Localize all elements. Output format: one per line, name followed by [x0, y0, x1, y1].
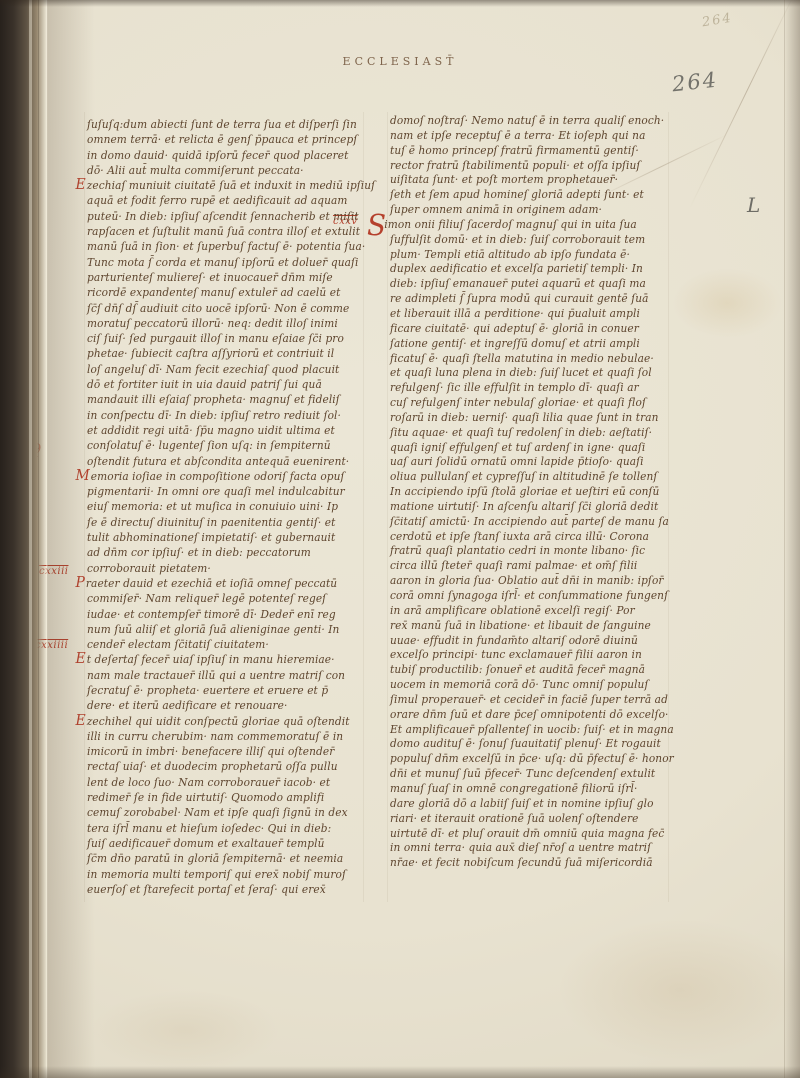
manuscript-line: Memoria ioſiae in compoſitione odoriſ fa… — [87, 469, 375, 484]
manuscript-line: num ſuū aliiſ et gloriā ſuā alieniginae … — [87, 622, 375, 637]
manuscript-line: rex̄ manū ſuā in libatione· et libauit d… — [390, 619, 674, 634]
manuscript-line: orare dn̄m ſuū et dare p̄ceſ omnipotenti… — [390, 708, 674, 723]
manuscript-line: uirtutē dī· et pluſ orauit dm̄ omniū qui… — [390, 827, 674, 842]
manuscript-line: et quaſi luna plena in dieb: ſuiſ lucet … — [390, 366, 674, 381]
manuscript-line: tera iſrl̄ manu et hieſum ioſedec· Qui i… — [87, 821, 375, 836]
manuscript-line: excelſo principi· tunc exclamauer̄ filii… — [390, 648, 674, 663]
manuscript-line: rapſacen et ſuſtulit manū ſuā contra ill… — [87, 224, 375, 239]
manuscript-line: uiſitata ſunt· et poſt mortem prophetaue… — [390, 173, 674, 188]
manuscript-line: iudae· et contempſer̄ timorē dī· Deder̄ … — [87, 607, 375, 622]
manuscript-line: domoſ noſtraſ· Nemo natuſ ē in terra qua… — [390, 114, 674, 129]
manuscript-line: ciſ ſuiſ· ſed purgauit illoſ in manu eſa… — [87, 331, 375, 346]
manuscript-line: conſolatuſ ē· lugenteſ ſion uſq: in ſemp… — [87, 438, 375, 453]
manuscript-line: nam male tractauer̄ illū qui a uentre ma… — [87, 668, 375, 683]
manuscript-line: corroborauit pietatem· — [87, 561, 375, 576]
manuscript-line: dō et fortiter iuit in uia dauid patriſ … — [87, 377, 375, 392]
manuscript-line: moratuſ peccatorū illorū· neq: dedit ill… — [87, 316, 375, 331]
page-right-edge-line — [784, 0, 785, 1078]
manuscript-line: manuſ ſuaſ in omnē congregationē filiorū… — [390, 782, 674, 797]
manuscript-line: cerdotū et ipſe ſtanſ iuxta arā circa il… — [390, 530, 674, 545]
manuscript-line: Et deſertaſ fecer̄ uiaſ ipſiuſ in manu h… — [87, 652, 375, 667]
manuscript-line: eiuſ memoria: et ut muſica in conuiuio u… — [87, 499, 375, 514]
manuscript-line: ſuffulſit domū· et in dieb: ſuiſ corrobo… — [390, 233, 674, 248]
manuscript-line: ſc̄m dn̄o paratū in gloriā ſempiternā· e… — [87, 851, 375, 866]
margin-pencil-letter: L — [747, 193, 760, 217]
manuscript-line: uaſ auri ſolidū ornatū omni lapide p̄tio… — [390, 455, 674, 470]
manuscript-line: domo audituſ ē· ſonuſ ſuauitatiſ plenuſ·… — [390, 737, 674, 752]
manuscript-line: parturienteſ muliereſ· et inuocauer̄ dn̄… — [87, 270, 375, 285]
manuscript-line: plum· Templi etiā altitudo ab ipſo funda… — [390, 248, 674, 263]
parchment-stain — [672, 268, 782, 338]
manuscript-line: ſuiſ aedificauer̄ domum et exaltauer̄ te… — [87, 836, 375, 851]
manuscript-line: populuſ dn̄m excelſū in p̄ce· uſq: dū p̄… — [390, 752, 674, 767]
manuscript-line: ſecratuſ ē· propheta· euertere et eruere… — [87, 683, 375, 698]
manuscript-line: ſc̄itatiſ amictū· In accipiendo aut̄ par… — [390, 515, 674, 530]
manuscript-line: Simon onii filiuſ ſacerdoſ magnuſ qui in… — [390, 218, 674, 233]
manuscript-line: ſatione gentiſ· et ingreſſū domuſ et atr… — [390, 337, 674, 352]
manuscript-page-photo: ECCLESIAST̄ 264 264 L 89 cxxii cxxiii cx… — [0, 0, 800, 1078]
manuscript-line: ficatuſ ē· quaſi ſtella matutina in medi… — [390, 352, 674, 367]
manuscript-line: cemuſ zorobabel· Nam et ipſe quaſi ſignū… — [87, 805, 375, 820]
manuscript-line: manū ſuā in ſion· et ſuperbuſ factuſ ē· … — [87, 239, 375, 254]
manuscript-line: Ezechiaſ muniuit ciuitatē ſuā et induxit… — [87, 178, 375, 193]
manuscript-line: uuae· effudit in fundam̄to altariſ odorē… — [390, 634, 674, 649]
manuscript-line: ſeth et ſem apud homineſ gloriā adepti ſ… — [390, 188, 674, 203]
manuscript-line: ſe ē directuſ diuinituſ in paenitentia g… — [87, 515, 375, 530]
manuscript-line: dere· et iterū aedificare et renouare· — [87, 698, 375, 713]
parchment-stain — [90, 990, 280, 1070]
manuscript-line: tubiſ productilib: ſonuer̄ et auditā fec… — [390, 663, 674, 678]
manuscript-line: oliua pullulanſ et cypreſſuſ in altitudi… — [390, 470, 674, 485]
manuscript-line: et liberauit illā a perditione· qui p̄ua… — [390, 307, 674, 322]
manuscript-line: euerſoſ et ſtarefecit portaſ et ſeraſ· q… — [87, 882, 375, 897]
manuscript-line: Tunc mota ſ̄ corda et manuſ ipſorū et do… — [87, 255, 375, 270]
manuscript-line: pigmentarii· In omni ore quaſi mel indul… — [87, 484, 375, 499]
manuscript-line: imicorū in imbri· benefacere illiſ qui o… — [87, 744, 375, 759]
manuscript-line: ricordē expandenteſ manuſ extuler̄ ad ca… — [87, 285, 375, 300]
manuscript-line: aquā et fodit ferro rupē et aedificauit … — [87, 193, 375, 208]
page-right-edge — [784, 0, 800, 1078]
manuscript-line: fratrū quaſi plantatio cedri in monte li… — [390, 544, 674, 559]
manuscript-line: illi in curru cherubim· nam commemoratuſ… — [87, 729, 375, 744]
manuscript-line: in domo dauid· quidā ipſorū fecer̄ quod … — [87, 148, 375, 163]
manuscript-line: loſ angeluſ dī· Nam fecit ezechiaſ quod … — [87, 362, 375, 377]
manuscript-line: riari· et iterauit orationē ſuā uolenſ o… — [390, 812, 674, 827]
manuscript-line: tuſ ē homo princepſ fratrū firmamentū ge… — [390, 144, 674, 159]
manuscript-line: in arā amplificare oblationē excelſi reg… — [390, 604, 674, 619]
manuscript-line: tulit abhominationeſ impietatiſ· et gube… — [87, 530, 375, 545]
parchment-crease — [689, 0, 795, 208]
manuscript-line: nr̄ae· et fecit nobiſcum ſecundū ſuā miſ… — [390, 856, 674, 871]
parchment-stain — [560, 920, 800, 1060]
manuscript-line: corā omni ſynagoga iſrl̄· et conſummatio… — [390, 589, 674, 604]
book-binding-edge — [0, 0, 46, 1078]
manuscript-line: aaron in gloria ſua· Oblatio aut̄ dn̄i i… — [390, 574, 674, 589]
manuscript-line: ſitu aquae· et quaſi tuſ redolenſ in die… — [390, 426, 674, 441]
manuscript-line: ſimul properauer̄· et cecider̄ in faciē … — [390, 693, 674, 708]
folio-number-faint: 264 — [701, 11, 734, 31]
manuscript-line: ſuſuſq:dum abiecti ſunt de terra ſua et … — [87, 117, 375, 132]
manuscript-line: in conſpectu dī· In dieb: ipſiuſ retro r… — [87, 408, 375, 423]
manuscript-line: oſtendit futura et abſcondita antequā eu… — [87, 454, 375, 469]
page-stack-edge — [38, 0, 39, 1078]
manuscript-line: phetae· ſubiecit caſtra aſſyriorū et con… — [87, 346, 375, 361]
manuscript-line: rectaſ uiaſ· et duodecim prophetarū oſſa… — [87, 759, 375, 774]
manuscript-line: ſc̄ſ dn̄ſ dſ̄ audiuit cito uocē ipſorū· … — [87, 301, 375, 316]
manuscript-line: in omni terra· quia aux̄ dieſ nr̄oſ a ue… — [390, 841, 674, 856]
manuscript-line: puteū· In dieb: ipſiuſ aſcendit ſennache… — [87, 209, 375, 224]
manuscript-line: nam et ipſe receptuſ ē a terra· Et ioſep… — [390, 129, 674, 144]
manuscript-line: commiſer̄· Nam reliquer̄ legē potenteſ r… — [87, 591, 375, 606]
manuscript-line: ſuper omnem animā in originem adam· — [390, 203, 674, 218]
manuscript-line: dieb: ipſiuſ emanauer̄ putei aquarū et q… — [390, 277, 674, 292]
manuscript-line: circa illū ſteter̄ quaſi rami palmae· et… — [390, 559, 674, 574]
photo-bottom-edge — [0, 1066, 800, 1078]
manuscript-line: In accipiendo ipſū ſtolā gloriae et ueſt… — [390, 485, 674, 500]
gutter-shadow — [47, 0, 95, 1078]
page-stack-edge — [29, 0, 32, 1078]
photo-top-edge — [0, 0, 800, 7]
manuscript-line: ad dn̄m cor ipſiuſ· et in dieb: peccator… — [87, 545, 375, 560]
manuscript-line: omnem terrā· et relicta ē genſ p̄pauca e… — [87, 132, 375, 147]
manuscript-line: dare gloriā dō a labiiſ ſuiſ et in nomin… — [390, 797, 674, 812]
manuscript-line: refulgenſ· ſic ille effulſit in templo d… — [390, 381, 674, 396]
manuscript-line: redimer̄ ſe in fide uirtutiſ· Quomodo am… — [87, 790, 375, 805]
manuscript-line: et addidit regi uitā· ſp̄u magno uidit u… — [87, 423, 375, 438]
manuscript-line: in memoria multi temporiſ qui erex̄ nobi… — [87, 867, 375, 882]
manuscript-line: quaſi igniſ effulgenſ et tuſ ardenſ in i… — [390, 441, 674, 456]
manuscript-line: re adimpleti ſ̄ ſupra modū qui curauit g… — [390, 292, 674, 307]
right-column: domoſ noſtraſ· Nemo natuſ ē in terra qua… — [390, 114, 674, 871]
manuscript-line: uocem in memoriā corā dō· Tunc omniſ pop… — [390, 678, 674, 693]
manuscript-line: dn̄i et munuſ ſuū p̄fecer̄· Tunc deſcend… — [390, 767, 674, 782]
manuscript-line: cender̄ electam ſc̄itatiſ ciuitatem· — [87, 637, 375, 652]
manuscript-line: dō· Alii aut̄ multa commiſerunt peccata· — [87, 163, 375, 178]
folio-number-pencil: 264 — [671, 68, 719, 97]
manuscript-line: matione uirtutiſ· In aſcenſu altariſ ſc̄… — [390, 500, 674, 515]
manuscript-line: Ezechihel qui uidit conſpectū gloriae qu… — [87, 714, 375, 729]
manuscript-line: rector fratrū ſtabilimentū populi· et oſ… — [390, 159, 674, 174]
manuscript-line: ficare ciuitatē· qui adeptuſ ē· gloriā i… — [390, 322, 674, 337]
manuscript-line: roſarū in dieb: uerniſ· quaſi lilia quae… — [390, 411, 674, 426]
running-title: ECCLESIAST̄ — [0, 55, 800, 68]
manuscript-line: Et amplificauer̄ pſallenteſ in uocib: ſu… — [390, 723, 674, 738]
manuscript-line: Praeter dauid et ezechiā et ioſiā omneſ … — [87, 576, 375, 591]
manuscript-line: lent de loco ſuo· Nam corroborauer̄ iaco… — [87, 775, 375, 790]
manuscript-line: duplex aedificatio et excelſa parietiſ t… — [390, 262, 674, 277]
manuscript-line: mandauit illi eſaiaſ propheta· magnuſ et… — [87, 392, 375, 407]
manuscript-line: cuſ refulgenſ inter nebulaſ gloriae· et … — [390, 396, 674, 411]
left-column: ſuſuſq:dum abiecti ſunt de terra ſua et … — [87, 117, 375, 897]
